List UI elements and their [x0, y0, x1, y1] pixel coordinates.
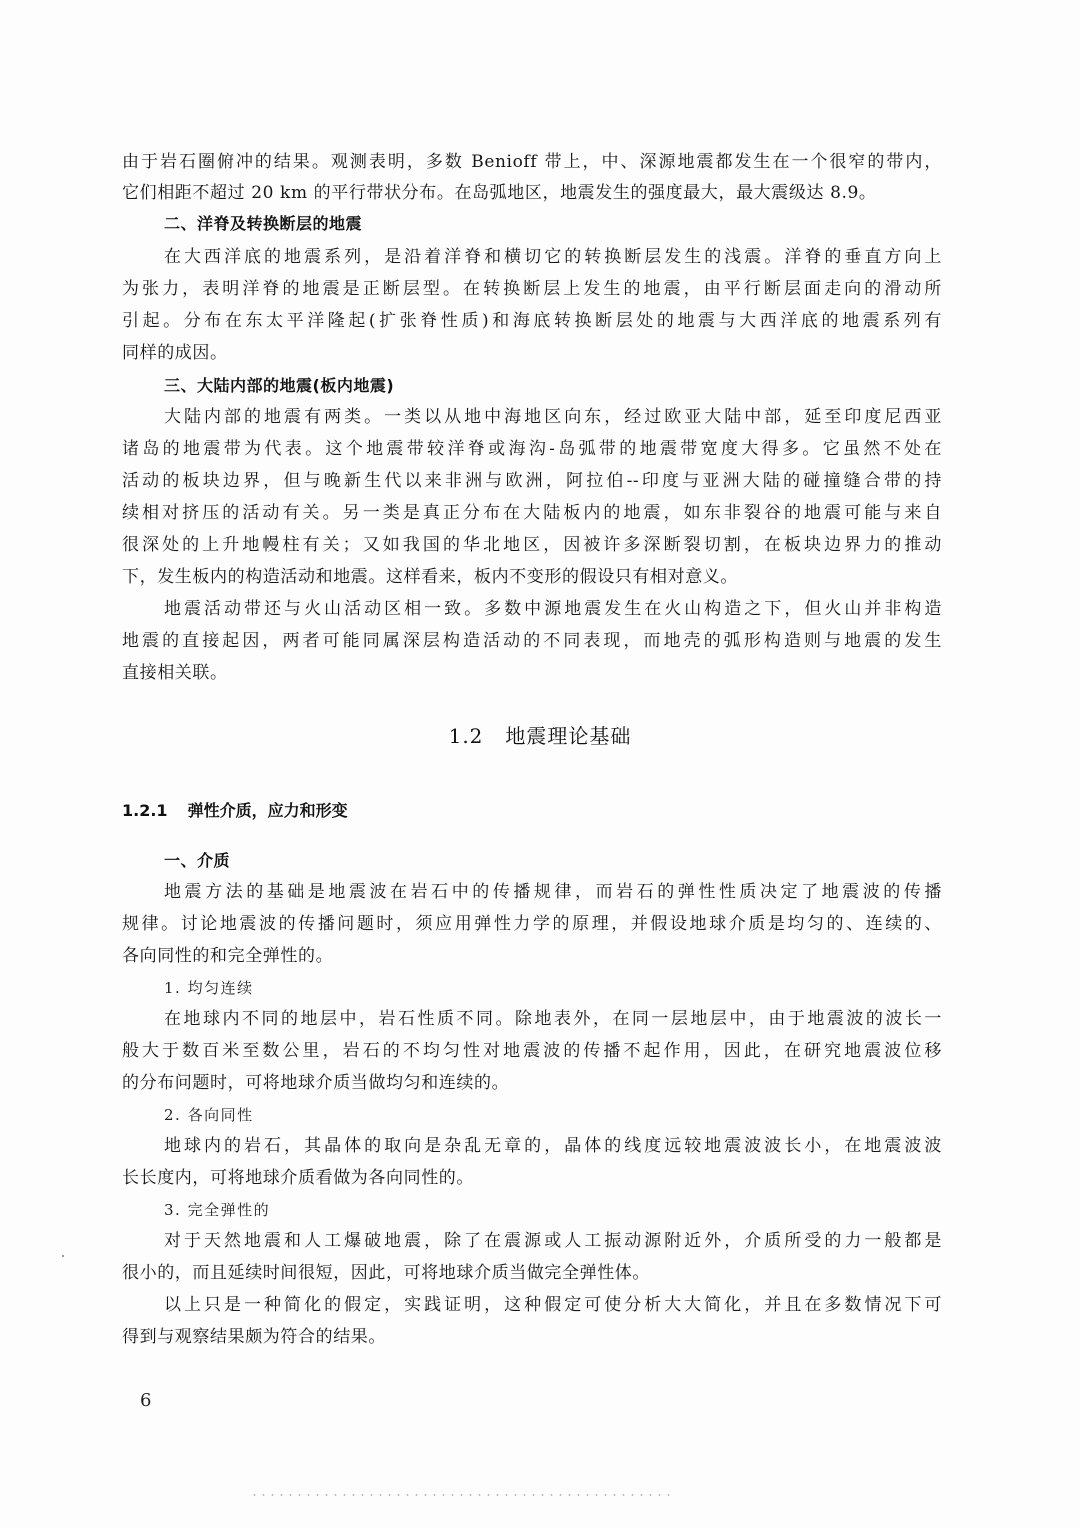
list-item-homogeneous-continuous: 1. 均匀连续	[164, 977, 254, 999]
paragraph-line: 地震的直接起因，两者可能同属深层构造活动的不同表现，而地壳的弧形构造则与地震的发…	[122, 630, 942, 652]
document-page: 由于岩石圈俯冲的结果。观测表明，多数 Benioff 带上，中、深源地震都发生在…	[0, 0, 1080, 1528]
paragraph-line: 以上只是一种简化的假定，实践证明，这种假定可使分析大大简化，并且在多数情况下可	[164, 1294, 942, 1316]
scan-artifact	[62, 1255, 64, 1257]
paragraph-line: 般大于数百米至数公里，岩石的不均匀性对地震波的传播不起作用，因此，在研究地震波位…	[122, 1040, 942, 1062]
paragraph-line: 得到与观察结果颇为符合的结果。	[122, 1326, 942, 1348]
subsection-number: 1.2.1	[122, 801, 168, 820]
paragraph-line: 它们相距不超过 20 km 的平行带状分布。在岛弧地区，地震发生的强度最大，最大…	[122, 182, 942, 204]
section-number: 1.2	[449, 724, 484, 748]
paragraph-line: 对于天然地震和人工爆破地震，除了在震源或人工振动源附近外，介质所受的力一般都是	[164, 1230, 942, 1252]
paragraph-line: 各向同性的和完全弹性的。	[122, 945, 942, 967]
paragraph-line: 很深处的上升地幔柱有关；又如我国的华北地区，因被许多深断裂切割，在板块边界力的推…	[122, 534, 942, 556]
paragraph-line: 地球内的岩石，其晶体的取向是杂乱无章的，晶体的线度远较地震波波长小，在地震波波	[164, 1135, 942, 1157]
heading-continental-earthquakes: 三、大陆内部的地震(板内地震)	[164, 375, 394, 397]
heading-ocean-ridge-earthquakes: 二、洋脊及转换断层的地震	[164, 213, 362, 235]
paragraph-line: 地震活动带还与火山活动区相一致。多数中源地震发生在火山构造之下，但火山并非构造	[164, 598, 942, 620]
paragraph-line: 在大西洋底的地震系列，是沿着洋脊和横切它的转换断层发生的浅震。洋脊的垂直方向上	[164, 246, 942, 268]
paragraph-line: 活动的板块边界，但与晚新生代以来非洲与欧洲，阿拉伯--印度与亚洲大陆的碰撞缝合带…	[122, 470, 942, 492]
paragraph-line: 的分布问题时，可将地球介质当做均匀和连续的。	[122, 1072, 942, 1094]
paragraph-line: 很小的，而且延续时间很短，因此，可将地球介质当做完全弹性体。	[122, 1262, 942, 1284]
section-title-text: 地震理论基础	[505, 724, 631, 748]
scan-artifact	[250, 1493, 670, 1497]
paragraph-line: 引起。分布在东太平洋隆起(扩张脊性质)和海底转换断层处的地震与大西洋底的地震系列…	[122, 310, 942, 332]
paragraph-line: 大陆内部的地震有两类。一类以从地中海地区向东，经过欧亚大陆中部，延至印度尼西亚	[164, 406, 942, 428]
paragraph-line: 为张力，表明洋脊的地震是正断层型。在转换断层上发生的地震，由平行断层面走向的滑动…	[122, 278, 942, 300]
paragraph-line: 诸岛的地震带为代表。这个地震带较洋脊或海沟-岛弧带的地震带宽度大得多。它虽然不处…	[122, 438, 942, 460]
heading-medium: 一、介质	[164, 850, 230, 872]
paragraph-line: 规律。讨论地震波的传播问题时，须应用弹性力学的原理，并假设地球介质是均匀的、连续…	[122, 913, 942, 935]
paragraph-line: 续相对挤压的活动有关。另一类是真正分布在大陆板内的地震，如东非裂谷的地震可能与来…	[122, 502, 942, 524]
paragraph-line: 长长度内，可将地球介质看做为各向同性的。	[122, 1167, 942, 1189]
page-number: 6	[140, 1390, 151, 1412]
subsection-title: 1.2.1弹性介质，应力和形变	[122, 800, 348, 822]
paragraph-line: 由于岩石圈俯冲的结果。观测表明，多数 Benioff 带上，中、深源地震都发生在…	[122, 151, 942, 173]
section-title: 1.2地震理论基础	[0, 722, 1080, 750]
list-item-isotropic: 2. 各向同性	[164, 1104, 254, 1126]
paragraph-line: 下，发生板内的构造活动和地震。这样看来，板内不变形的假设只有相对意义。	[122, 566, 942, 588]
subsection-title-text: 弹性介质，应力和形变	[188, 801, 348, 820]
paragraph-line: 地震方法的基础是地震波在岩石中的传播规律，而岩石的弹性性质决定了地震波的传播	[164, 881, 942, 903]
list-item-perfectly-elastic: 3. 完全弹性的	[164, 1199, 270, 1221]
paragraph-line: 同样的成因。	[122, 342, 942, 364]
paragraph-line: 直接相关联。	[122, 662, 942, 684]
paragraph-line: 在地球内不同的地层中，岩石性质不同。除地表外，在同一层地层中，由于地震波的波长一	[164, 1008, 942, 1030]
